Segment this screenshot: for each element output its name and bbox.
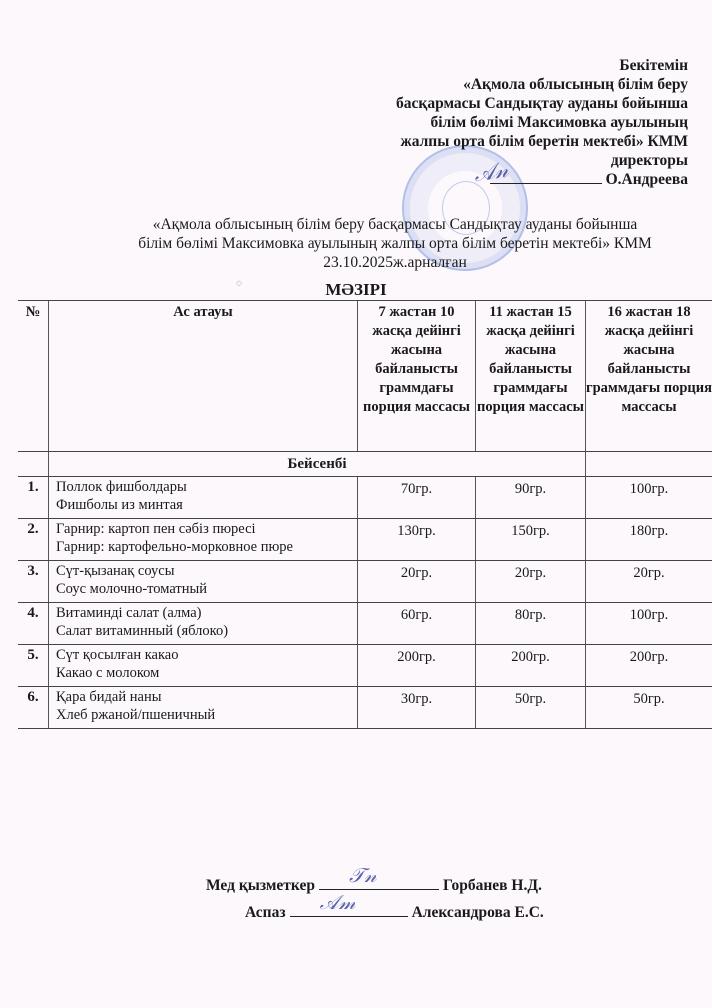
menu-date: 23.10.2025ж.арналған: [90, 253, 700, 272]
dish-name-kz: Сүт-қызанақ соусы: [56, 562, 357, 580]
dish-name-ru: Какао с молоком: [56, 664, 357, 682]
dish-name-kz: Қара бидай наны: [56, 688, 357, 706]
portion-16-18: 100гр.: [586, 603, 712, 645]
portion-11-15: 80гр.: [476, 603, 586, 645]
dish-name-ru: Соус молочно-томатный: [56, 580, 357, 598]
portion-7-10: 130гр.: [358, 519, 476, 561]
director-signature-line: О.Андреева: [396, 170, 688, 189]
table-row: 5.Сүт қосылған какаоКакао с молоком200гр…: [18, 645, 712, 687]
table-row: 3.Сүт-қызанақ соусыСоус молочно-томатный…: [18, 561, 712, 603]
header-size-16-18: 16 жастан 18 жасқа дейінгі жасына байлан…: [586, 301, 712, 452]
approval-line: «Ақмола облысының білім беру: [396, 75, 688, 94]
organization-block: «Ақмола облысының білім беру басқармасы …: [90, 215, 700, 272]
day-num-cell: [18, 452, 49, 477]
director-signature-icon: 𝒜𝓃: [472, 158, 510, 188]
header-size-11-15: 11 жастан 15 жасқа дейінгі жасына байлан…: [476, 301, 586, 452]
dish-name: Гарнир: картоп пен сәбіз пюресіГарнир: к…: [49, 519, 358, 561]
dish-name-ru: Салат витаминный (яблоко): [56, 622, 357, 640]
portion-7-10: 200гр.: [358, 645, 476, 687]
director-name: О.Андреева: [606, 171, 688, 188]
portion-16-18: 200гр.: [586, 645, 712, 687]
day-row: Бейсенбі: [18, 452, 712, 477]
medical-worker-line: Мед қызметкер𝒯𝓃Горбанев Н.Д.: [206, 875, 542, 895]
approval-line: Бекітемін: [396, 56, 688, 75]
table-row: 2.Гарнир: картоп пен сәбіз пюресіГарнир:…: [18, 519, 712, 561]
dish-name-kz: Гарнир: картоп пен сәбіз пюресі: [56, 520, 357, 538]
portion-7-10: 70гр.: [358, 477, 476, 519]
cook-line: Аспаз𝒜𝓂Александрова Е.С.: [245, 902, 544, 922]
portion-7-10: 60гр.: [358, 603, 476, 645]
portion-11-15: 50гр.: [476, 687, 586, 729]
row-num: 1.: [18, 477, 49, 519]
dish-name-ru: Гарнир: картофельно-морковное пюре: [56, 538, 357, 556]
portion-16-18: 180гр.: [586, 519, 712, 561]
row-num: 3.: [18, 561, 49, 603]
portion-16-18: 100гр.: [586, 477, 712, 519]
portion-11-15: 200гр.: [476, 645, 586, 687]
row-num: 5.: [18, 645, 49, 687]
dish-name-kz: Поллок фишболдары: [56, 478, 357, 496]
approval-line: білім бөлімі Максимовка ауылының: [396, 113, 688, 132]
dish-name: Витаминді салат (алма)Салат витаминный (…: [49, 603, 358, 645]
menu-title: МӘЗІРІ: [0, 280, 712, 300]
table-row: 1.Поллок фишболдарыФишболы из минтая70гр…: [18, 477, 712, 519]
staff-role: Аспаз: [245, 904, 286, 921]
dish-name-kz: Витаминді салат (алма): [56, 604, 357, 622]
org-line: «Ақмола облысының білім беру басқармасы …: [90, 215, 700, 234]
row-num: 4.: [18, 603, 49, 645]
row-num: 6.: [18, 687, 49, 729]
portion-7-10: 30гр.: [358, 687, 476, 729]
approval-line: басқармасы Сандықтау ауданы бойынша: [396, 94, 688, 113]
menu-rows: 1.Поллок фишболдарыФишболы из минтая70гр…: [18, 477, 712, 729]
table-row: 6.Қара бидай наныХлеб ржаной/пшеничный30…: [18, 687, 712, 729]
header-name: Ас атауы: [49, 301, 358, 452]
dish-name: Сүт-қызанақ соусыСоус молочно-томатный: [49, 561, 358, 603]
approval-block: Бекітемін «Ақмола облысының білім беру б…: [396, 56, 688, 189]
portion-16-18: 20гр.: [586, 561, 712, 603]
table-header-row: № Ас атауы 7 жастан 10 жасқа дейінгі жас…: [18, 301, 712, 452]
staff-name: Александрова Е.С.: [412, 904, 544, 921]
day-label: Бейсенбі: [49, 452, 586, 477]
staff-name: Горбанев Н.Д.: [443, 877, 542, 894]
signature-underline: 𝒜𝓂: [290, 902, 408, 917]
dish-name: Сүт қосылған какаоКакао с молоком: [49, 645, 358, 687]
approval-line: директоры: [396, 151, 688, 170]
cook-signature-icon: 𝒜𝓂: [320, 890, 356, 914]
portion-11-15: 150гр.: [476, 519, 586, 561]
staff-role: Мед қызметкер: [206, 877, 315, 894]
medical-worker-signature-icon: 𝒯𝓃: [349, 863, 377, 887]
dish-name-ru: Фишболы из минтая: [56, 496, 357, 514]
org-line: білім бөлімі Максимовка ауылының жалпы о…: [90, 234, 700, 253]
dish-name: Поллок фишболдарыФишболы из минтая: [49, 477, 358, 519]
table-row: 4.Витаминді салат (алма)Салат витаминный…: [18, 603, 712, 645]
dish-name-kz: Сүт қосылған какао: [56, 646, 357, 664]
menu-table: № Ас атауы 7 жастан 10 жасқа дейінгі жас…: [18, 300, 712, 729]
row-num: 2.: [18, 519, 49, 561]
dish-name: Қара бидай наныХлеб ржаной/пшеничный: [49, 687, 358, 729]
portion-11-15: 90гр.: [476, 477, 586, 519]
portion-7-10: 20гр.: [358, 561, 476, 603]
portion-16-18: 50гр.: [586, 687, 712, 729]
dish-name-ru: Хлеб ржаной/пшеничный: [56, 706, 357, 724]
portion-11-15: 20гр.: [476, 561, 586, 603]
signature-underline: 𝒯𝓃: [319, 875, 439, 890]
header-size-7-10: 7 жастан 10 жасқа дейінгі жасына байланы…: [358, 301, 476, 452]
approval-line: жалпы орта білім беретін мектебі» КММ: [396, 132, 688, 151]
header-num: №: [18, 301, 49, 452]
day-empty-cell: [586, 452, 712, 477]
